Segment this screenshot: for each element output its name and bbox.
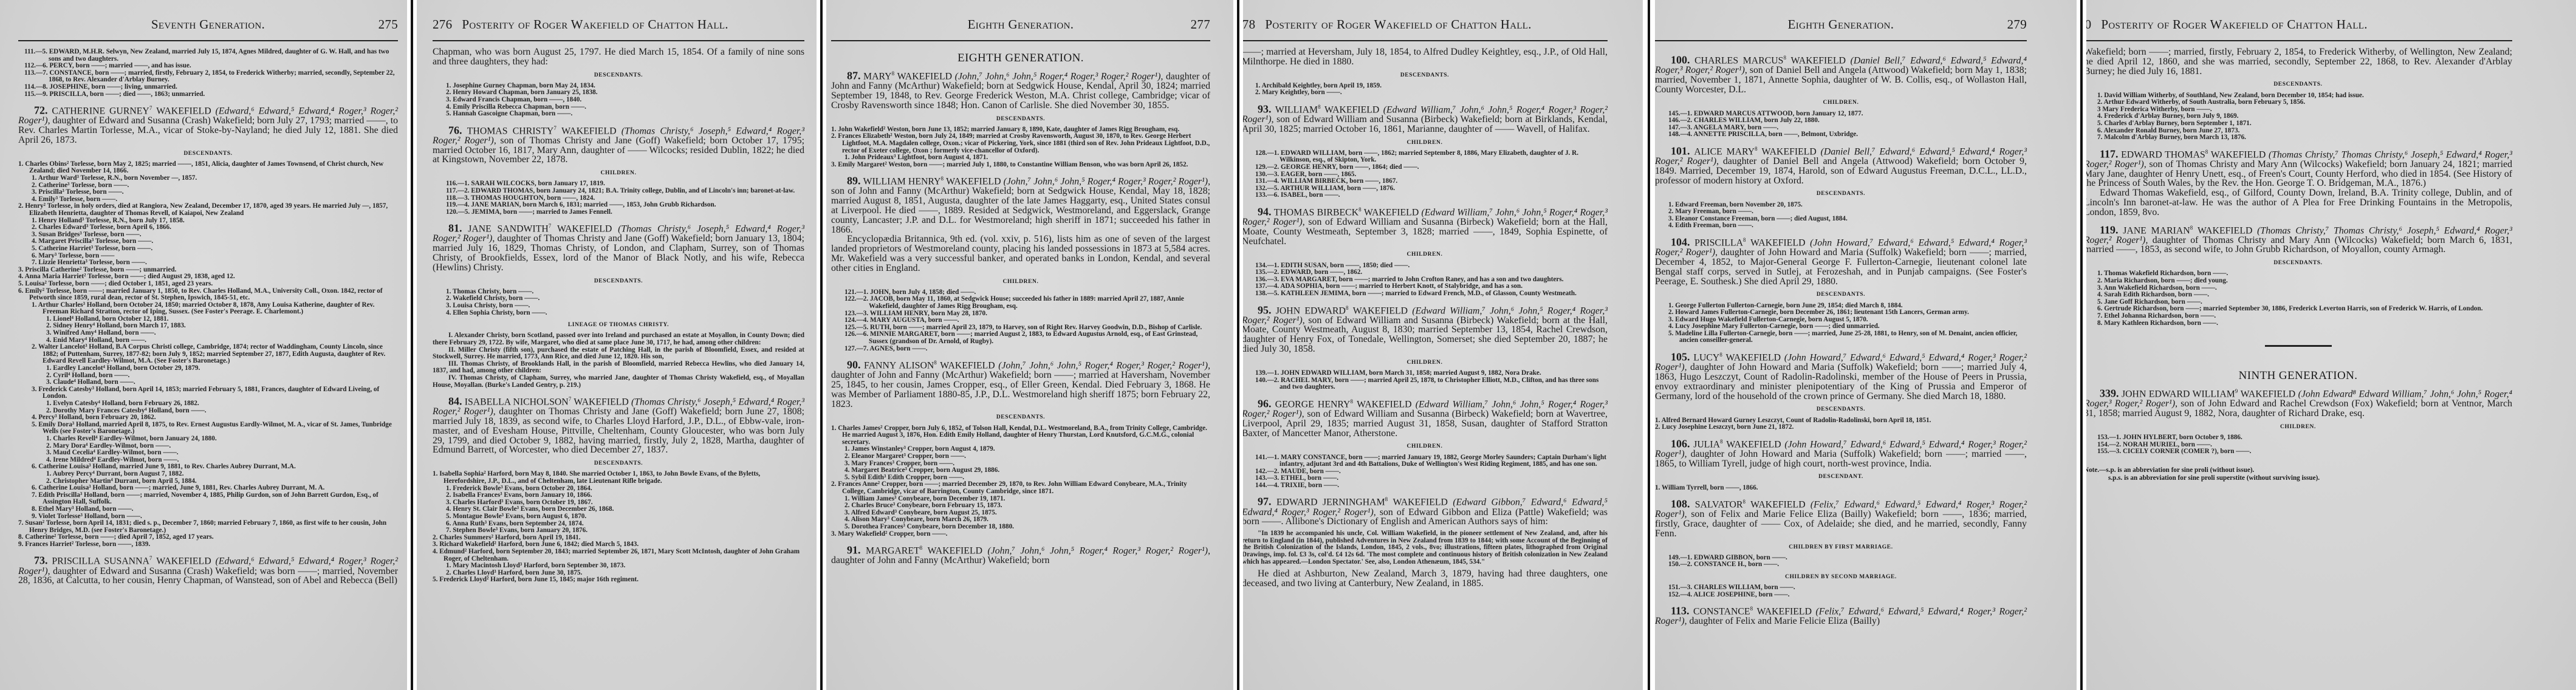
page-number: 279 xyxy=(2007,17,2027,32)
entry-text: , daughter of Felix and Marie Felicie El… xyxy=(1685,616,1880,626)
descendant-entry: 9. Frances Harriet² Torlesse, born ——, 1… xyxy=(18,541,398,548)
descendant-entry: 1. Charles Obins² Torlesse, born May 2, … xyxy=(18,161,398,175)
entry-text: , daughter of Edward and Susanna (Crash)… xyxy=(18,115,398,145)
footnote-line: Note.—s.p. is an abbreviation for sine p… xyxy=(2084,466,2512,474)
children-list: 121.—1. JOHN, born July 4, 1858; died ——… xyxy=(831,289,1210,352)
entry-surname: WAKEFIELD xyxy=(1791,55,1846,66)
entry-surname: WAKEFIELD xyxy=(2211,149,2266,160)
footnote-line: s.p.s. is an abbreviation for sine proli… xyxy=(2084,474,2512,482)
generation-superscript: 8 xyxy=(1743,237,1746,243)
descendant-entry: 8. Mary Kathleen Richardson, born ——. xyxy=(2097,320,2512,327)
genealogy-entry: 113. CONSTANCE8 WAKEFIELD (Felix,⁷ Edwar… xyxy=(1655,604,2027,626)
descendant-entry: 2. Walter Lancelot³ Holland, B.A Corpus … xyxy=(32,344,398,365)
section-heading: DESCENDANTS. xyxy=(433,70,804,80)
header-rule xyxy=(1242,40,1608,41)
entry-name: CHARLES MARCUS xyxy=(1694,55,1783,66)
descendant-entry: 1. Isabella Sophia² Harford, born May 8,… xyxy=(433,471,804,485)
generation-superscript: 8 xyxy=(1720,439,1723,445)
children-list: 128.—1. EDWARD WILLIAM, born ——, 1862; m… xyxy=(1242,150,1608,199)
entry-name: PRISCILLA xyxy=(1694,237,1743,248)
entry-text: , daughter of Edward and Susanna (Crash)… xyxy=(18,566,398,586)
entry-number: 97. xyxy=(1258,496,1272,508)
generation-superscript: 8 xyxy=(892,70,895,77)
descendant-entry: 2. Eleanor Margaret³ Cropper, born ——. xyxy=(844,453,1210,460)
genealogy-entry: 95. JOHN EDWARD8 WAKEFIELD (Edward Willi… xyxy=(1242,304,1608,354)
entry-surname: WAKEFIELD xyxy=(928,545,982,556)
entry-name: ALICE MARY xyxy=(1694,146,1755,157)
descendant-entry: 5. Montague Bowle³ Evans, born August 6,… xyxy=(446,513,804,521)
child-entry: 148.—4. ANNETTE PRISCILLA, born ——, Belm… xyxy=(1655,131,2027,138)
generation-superscript: 8 xyxy=(1719,352,1722,358)
section-heading: CHILDREN. xyxy=(1655,98,2027,108)
running-head-title: Seventh Generation. xyxy=(151,17,265,32)
generation-superscript: 7 xyxy=(149,555,152,561)
descendants-list: 1. William Tyrrell, born ——, 1866. xyxy=(1655,485,2027,492)
generation-superscript: 8 xyxy=(934,360,937,366)
genealogy-entry: 108. SALVATOR8 WAKEFIELD (Felix,⁷ Edward… xyxy=(1655,497,2027,538)
paragraph: Encyclopædia Britannica, 9th ed. (vol. x… xyxy=(831,234,1210,273)
page-body: EIGHTH GENERATION.87. MARY8 WAKEFIELD (J… xyxy=(831,47,1210,565)
entry-surname: WAKEFIELD xyxy=(1757,607,1812,617)
running-head: 276Posterity of Roger Wakefield of Chatt… xyxy=(433,17,728,32)
section-heading: DESCENDANTS. xyxy=(1655,189,2027,199)
child-entry: 122.—2. JACOB, born May 11, 1860, at Sed… xyxy=(831,296,1210,310)
entry-name: MARY xyxy=(863,71,892,81)
quotation: "In 1839 he accompanied his uncle, Col. … xyxy=(1242,530,1608,565)
running-head-title: Posterity of Roger Wakefield of Chatton … xyxy=(462,17,728,32)
descendant-entry: 1. Evelyn Catesby⁴ Holland, born Februar… xyxy=(46,400,398,408)
entry-surname: WAKEFIELD xyxy=(1761,146,1816,157)
genealogy-entry: 119. JANE MARIAN8 WAKEFIELD (Thomas Chri… xyxy=(2084,224,2512,255)
descendant-entry: 3. Maud Cecelia⁴ Eardley-Wilmot, born ——… xyxy=(46,449,398,457)
generation-superscript: 8 xyxy=(2205,149,2208,155)
descendant-entry: 1. Eardley Lancelot⁴ Holland, born Octob… xyxy=(46,365,398,372)
entry-name: JULIA xyxy=(1693,439,1720,449)
descendant-entry: 1. Arthur Ward³ Torlesse, R.N., born Nov… xyxy=(32,175,398,182)
page-number: 277 xyxy=(1191,17,1210,32)
section-heading: DESCENDANTS. xyxy=(433,459,804,468)
paragraph: Chapman, who was born August 25, 1797. H… xyxy=(433,47,804,67)
child-entry: 144.—4. TRIXIE, born ——. xyxy=(1242,482,1608,490)
descendant-entry: 3. Louisa Christy, born ——. xyxy=(446,302,804,310)
entry-name: CONSTANCE xyxy=(1693,607,1750,617)
entry-surname: WAKEFIELD xyxy=(156,556,211,567)
generation-superscript: 8 xyxy=(1385,496,1388,502)
child-entry: 150.—2. CONSTANCE H., born ——. xyxy=(1655,561,2027,569)
book-page: 278Posterity of Roger Wakefield of Chatt… xyxy=(1242,0,1643,690)
children-list: 134.—1. EDITH SUSAN, born ——, 1850; died… xyxy=(1242,262,1608,298)
generation-superscript: 8 xyxy=(1742,499,1745,505)
descendant-entry: 1. William Tyrrell, born ——, 1866. xyxy=(1655,485,2027,492)
descendant-entry: 7. Ethel Johanna Richardson, born ——. xyxy=(2097,313,2512,320)
descendant-entry: 4. Ellen Sophia Christy, born ——. xyxy=(446,310,804,317)
entry-surname: WAKEFIELD xyxy=(2197,225,2252,236)
page-body: ——; married at Heversham, July 18, 1854,… xyxy=(1242,47,1608,589)
generation-superscript: 8 xyxy=(1350,398,1353,405)
entry-number: 84. xyxy=(448,395,462,407)
descendant-entry: 2. Mary Keightley, born ——. xyxy=(1255,89,1608,97)
genealogy-entry: 339. JOHN EDWARD WILLIAM9 WAKEFIELD (Joh… xyxy=(2084,387,2512,418)
descendant-entry: 3. Mary Wakefield² Cropper, born ——. xyxy=(831,531,1210,538)
running-head: Seventh Generation.275 xyxy=(18,17,398,32)
entry-text: , son of Thomas Christy and Mary Ann (Wi… xyxy=(2084,159,2512,189)
entry-number: 91. xyxy=(847,544,861,556)
section-heading: DESCENDANTS. xyxy=(2084,80,2512,89)
entry-name: CATHERINE GURNEY xyxy=(52,106,149,116)
entry-surname: WAKEFIELD xyxy=(574,397,628,407)
entry-name: ISABELLA NICHOLSON xyxy=(465,397,569,407)
entry-number: 95. xyxy=(1258,304,1272,316)
header-rule xyxy=(831,40,1210,41)
child-entry: 113.—7. CONSTANCE, born ——; married, fir… xyxy=(18,70,398,84)
entry-number: 101. xyxy=(1671,145,1690,157)
section-heading: DESCENDANTS. xyxy=(2084,258,2512,268)
entry-name: EDWARD THOMAS xyxy=(2121,149,2205,160)
descendant-entry: 5. Emily Dora³ Holland, married April 8,… xyxy=(32,422,398,436)
child-entry: 117.—2. EDWARD THOMAS, born January 24, … xyxy=(433,188,804,195)
section-heading: DESCENDANTS. xyxy=(433,276,804,286)
entry-number: 89. xyxy=(847,175,861,187)
genealogy-entry: 96. GEORGE HENRY8 WAKEFIELD (Edward Will… xyxy=(1242,397,1608,438)
descendant-entry: 1. Arthur Charles³ Holland, born October… xyxy=(32,302,398,316)
child-entry: 126.—6. MINNIE MARGARET, born ——; marrie… xyxy=(831,331,1210,345)
entry-surname: WAKEFIELD xyxy=(557,224,612,234)
entry-name: FANNY ALISON xyxy=(864,360,934,371)
generation-superscript: 8 xyxy=(920,545,923,551)
footnote: Note.—s.p. is an abbreviation for sine p… xyxy=(2084,466,2512,482)
descendant-entry: 3. Emily Margaret² Weston, born ——; marr… xyxy=(831,162,1210,169)
genealogy-entry: 89. WILLIAM HENRY8 WAKEFIELD (John,⁷ Joh… xyxy=(831,174,1210,234)
entry-name: THOMAS BIRBECK xyxy=(1274,207,1358,217)
descendant-entry: 2. Frances Elizabeth² Weston, born July … xyxy=(831,133,1210,154)
page-separator xyxy=(411,0,413,690)
entry-surname: WAKEFIELD xyxy=(897,71,952,81)
genealogy-entry: 106. JULIA8 WAKEFIELD (John Howard,⁷ Edw… xyxy=(1655,437,2027,469)
section-heading: CHILDREN BY FIRST MARRIAGE. xyxy=(1655,542,2027,552)
genealogy-entry: 104. PRISCILLA8 WAKEFIELD (John Howard,⁷… xyxy=(1655,236,2027,286)
child-entry: 114.—8. JOSEPHINE, born ——; living, unma… xyxy=(18,84,398,91)
paragraph: Edward Thomas Wakefield, esq., of Gilfor… xyxy=(2084,188,2512,217)
entry-surname: WAKEFIELD xyxy=(1353,306,1408,316)
descendant-entry: 2. Frances Anne² Cropper, born ——; marri… xyxy=(831,481,1210,495)
descendants-list: 1. Alfred Bernard Howard Gurney Leszczyt… xyxy=(1655,417,2027,431)
entry-name: JOHN EDWARD xyxy=(1276,306,1346,316)
descendants-list: 1. John Wakefield² Weston, born June 13,… xyxy=(831,126,1210,169)
genealogy-entry: 117. EDWARD THOMAS8 WAKEFIELD (Thomas Ch… xyxy=(2084,148,2512,188)
descendant-entry: 4. Edmund² Harford, born September 20, 1… xyxy=(433,548,804,562)
child-entry: 133.—6. ISABEL, born ——. xyxy=(1242,192,1608,199)
entry-name: EDWARD JERNINGHAM xyxy=(1276,497,1385,508)
page-number: 275 xyxy=(379,17,398,32)
descendant-entry: 8. Ethel Mary³ Holland, born ——. xyxy=(32,506,398,513)
entry-number: 117. xyxy=(2100,148,2119,160)
entry-name: JANE MARIAN xyxy=(2123,225,2190,236)
entry-surname: WAKEFIELD xyxy=(2241,389,2295,400)
entry-surname: WAKEFIELD xyxy=(1750,499,1805,510)
descendant-entry: 4. Edith Freeman, born ——. xyxy=(1668,222,2027,230)
running-head-title: Posterity of Roger Wakefield of Chatton … xyxy=(1265,17,1531,32)
genealogy-entry: 72. CATHERINE GURNEY7 WAKEFIELD (Edward,… xyxy=(18,104,398,145)
page-body: Chapman, who was born August 25, 1797. H… xyxy=(433,47,804,586)
section-heading: DESCENDANTS. xyxy=(1242,70,1608,80)
genealogy-entry: 73. PRISCILLA SUSANNA7 WAKEFIELD (Edward… xyxy=(18,554,398,586)
genealogy-entry: 84. ISABELLA NICHOLSON7 WAKEFIELD (Thoma… xyxy=(433,395,804,455)
child-entry: 139.—1. JOHN EDWARD WILLIAM, born March … xyxy=(1242,370,1608,377)
descendant-entry: 7. Edith Priscilla³ Holland, born ——; ma… xyxy=(32,492,398,506)
generation-superscript: 8 xyxy=(1346,305,1349,311)
descendant-entry: 5. Catherine Harriet³ Torlesse, born ——. xyxy=(32,245,398,253)
page-separator xyxy=(1237,0,1239,690)
child-entry: 128.—1. EDWARD WILLIAM, born ——, 1862; m… xyxy=(1242,150,1608,164)
descendant-entry: 2. Charles Edward³ Torlesse, born April … xyxy=(32,224,398,231)
genealogy-entry: 81. JANE SANDWITH7 WAKEFIELD (Thomas Chr… xyxy=(433,222,804,272)
section-divider xyxy=(2265,345,2332,347)
descendant-entry: 7. Lizzie Henrietta³ Torlesse, born ——. xyxy=(32,259,398,267)
child-entry: 138.—5. KATHLEEN JEMIMA, born ——; marrie… xyxy=(1242,290,1608,298)
generation-superscript: 8 xyxy=(2190,225,2193,231)
descendant-entry: 3. Frederick Catesby³ Holland, born Apri… xyxy=(32,386,398,400)
section-heading: CHILDREN. xyxy=(1242,250,1608,259)
children-list: 141.—1. MARY CONSTANCE, born ——; married… xyxy=(1242,454,1608,490)
paragraph: ——; married at Heversham, July 18, 1854,… xyxy=(1242,47,1608,67)
genealogy-entry: 76. THOMAS CHRISTY7 WAKEFIELD (Thomas Ch… xyxy=(433,124,804,165)
entry-name: WILLIAM xyxy=(1275,104,1318,115)
entry-number: 339. xyxy=(2100,388,2119,400)
entry-surname: WAKEFIELD xyxy=(1726,352,1781,363)
genealogy-entry: 91. MARGARET8 WAKEFIELD (John,⁷ John,⁶ J… xyxy=(831,544,1210,565)
section-heading: CHILDREN. xyxy=(1242,138,1608,148)
descendant-entry: 2. Howard James Fullerton-Carnegie, born… xyxy=(1668,309,2027,316)
section-heading: DESCENDANT. xyxy=(1655,472,2027,482)
descendant-entry: 2. Maria Richardson, born ——; died young… xyxy=(2097,278,2512,285)
entry-number: 72. xyxy=(34,104,48,116)
descendant-entry: 5. Frederick Lloyd² Harford, born June 1… xyxy=(433,576,804,584)
entry-number: 104. xyxy=(1671,236,1690,248)
generation-superscript: 7 xyxy=(549,223,552,229)
genealogy-entry: 87. MARY8 WAKEFIELD (John,⁷ John,⁶ John,… xyxy=(831,69,1210,110)
entry-name: JANE SANDWITH xyxy=(468,224,549,234)
entry-surname: WAKEFIELD xyxy=(1750,237,1805,248)
entry-number: 93. xyxy=(1258,103,1272,115)
entry-number: 96. xyxy=(1258,397,1272,409)
book-page: Eighth Generation.277EIGHTH GENERATION.8… xyxy=(826,0,1235,690)
entry-number: 100. xyxy=(1671,53,1690,66)
children-list: 116.—1. SARAH WILCOCKS, born January 17,… xyxy=(433,180,804,216)
page-number: 278 xyxy=(1242,17,1255,32)
descendants-list: 1. Isabella Sophia² Harford, born May 8,… xyxy=(433,471,804,584)
lineage-paragraph: I. Alexander Christy, born Scotland, pas… xyxy=(433,332,804,346)
descendants-list: 1. Josephine Gurney Chapman, born May 24… xyxy=(433,83,804,118)
children-list: 149.—1. EDWARD GIBBON, born ——.150.—2. C… xyxy=(1655,555,2027,569)
entry-number: 113. xyxy=(1671,605,1690,617)
section-heading: CHILDREN. xyxy=(1242,442,1608,451)
entry-surname: WAKEFIELD xyxy=(940,360,995,371)
section-heading: CHILDREN. xyxy=(2084,422,2512,432)
section-heading: CHILDREN. xyxy=(433,168,804,178)
entry-name: SALVATOR xyxy=(1695,499,1743,510)
genealogy-entry: 101. ALICE MARY8 WAKEFIELD (Daniel Bell,… xyxy=(1655,145,2027,185)
entry-name: THOMAS CHRISTY xyxy=(467,126,554,136)
descendants-list: 1. David William Witherby, of Southland,… xyxy=(2084,92,2512,142)
running-head-title: Eighth Generation. xyxy=(968,17,1074,32)
page-separator xyxy=(2080,0,2083,690)
descendant-entry: 1. Mary Macintosh Lloyd³ Harford, born S… xyxy=(446,562,804,570)
entry-lineage: (John,⁷ John,⁶ John,⁵ Roger,⁴ Roger,³ Ro… xyxy=(955,71,1161,81)
entry-lineage: (John,⁷ John,⁶ John,⁵ Roger,⁴ Roger,³ Ro… xyxy=(998,360,1208,371)
entry-surname: WAKEFIELD xyxy=(561,126,616,136)
entry-number: 108. xyxy=(1671,497,1690,510)
descendant-entry: 7. Malcolm d'Arblay Burney, born March 1… xyxy=(2097,134,2512,142)
descendant-entry: 2. Henry² Torlesse, in holy orders, died… xyxy=(18,203,398,217)
generation-title: EIGHTH GENERATION. xyxy=(831,53,1210,63)
section-heading: DESCENDANTS. xyxy=(18,149,398,159)
genealogy-entry: 90. FANNY ALISON8 WAKEFIELD (John,⁷ John… xyxy=(831,358,1210,409)
generation-superscript: 8 xyxy=(940,176,944,182)
entry-lineage: (John,⁷ John,⁶ John,⁵ Roger,⁴ Roger,³ Ro… xyxy=(1004,177,1208,187)
entry-surname: WAKEFIELD xyxy=(1364,207,1419,217)
generation-superscript: 7 xyxy=(569,396,572,402)
entry-number: 76. xyxy=(448,124,462,136)
children-list: 153.—1. JOHN HYLBERT, born October 9, 18… xyxy=(2084,434,2512,456)
descendant-entry: 1. Aubrey Percy⁴ Durrant, born August 7,… xyxy=(46,471,398,478)
lineage-paragraph: IV. Thomas Christy, of Clapham, Surrey, … xyxy=(433,375,804,389)
entry-name: MARGARET xyxy=(866,545,920,556)
genealogy-entry: 97. EDWARD JERNINGHAM8 WAKEFIELD (Edward… xyxy=(1242,495,1608,527)
genealogy-entry: 105. LUCY8 WAKEFIELD (John Howard,⁷ Edwa… xyxy=(1655,350,2027,401)
generation-superscript: 8 xyxy=(1755,146,1758,152)
entry-lineage: (John,⁷ John,⁶ John,⁵ Roger,⁴ Roger,³ Ro… xyxy=(988,545,1208,556)
running-head: Eighth Generation.277 xyxy=(831,17,1210,32)
header-rule xyxy=(18,40,398,41)
child-entry: 129.—2. GEORGE HENRY, born ——, 1864; die… xyxy=(1242,164,1608,171)
descendant-entry: 5. Charles d'Arblay Burney, born Septemb… xyxy=(2097,120,2512,128)
descendants-list: 1. George Fullerton Fullerton-Carnegie, … xyxy=(1655,302,2027,345)
book-page: 276Posterity of Roger Wakefield of Chatt… xyxy=(416,0,819,690)
entry-surname: WAKEFIELD xyxy=(1393,497,1448,508)
descendant-entry: 7. Susan² Torlesse, born April 14, 1831;… xyxy=(18,520,398,534)
generation-superscript: 8 xyxy=(1318,104,1321,110)
child-entry: 141.—1. MARY CONSTANCE, born ——; married… xyxy=(1242,454,1608,468)
page-separator xyxy=(1648,0,1650,690)
header-rule xyxy=(1655,40,2027,41)
paragraph: He died at Ashburton, New Zealand, March… xyxy=(1242,569,1608,589)
header-rule xyxy=(433,40,804,41)
descendant-entry: 5. Louisa² Torlesse, born ——; died Octob… xyxy=(18,281,398,288)
entry-surname: WAKEFIELD xyxy=(946,177,1001,187)
descendant-entry: 6. Emily² Torlesse, born ——; married Jan… xyxy=(18,288,398,302)
entry-number: 87. xyxy=(847,69,861,81)
descendant-entry: 3. Winifred Amy⁴ Holland, born ——. xyxy=(46,330,398,337)
entry-text: , daughter of Thomas Christy and Mary An… xyxy=(2084,235,2512,255)
running-head-title: Eighth Generation. xyxy=(1788,17,1894,32)
entry-number: 90. xyxy=(847,358,861,371)
lineage-paragraph: II. Miller Christy (fifth son), purchase… xyxy=(433,347,804,361)
entry-surname: WAKEFIELD xyxy=(156,106,211,116)
generation-superscript: 9 xyxy=(2235,388,2238,394)
entry-surname: WAKEFIELD xyxy=(1726,439,1781,449)
section-heading: CHILDREN. xyxy=(1242,358,1608,367)
descendant-entry: 2. Lucy Josephine Leszczyt, born June 21… xyxy=(1655,424,2027,431)
genealogy-entry: 94. THOMAS BIRBECK8 WAKEFIELD (Edward Wi… xyxy=(1242,205,1608,246)
page-body: 111.—5. EDWARD, M.H.R. Selwyn, New Zeala… xyxy=(18,47,398,586)
children-list: 139.—1. JOHN EDWARD WILLIAM, born March … xyxy=(1242,370,1608,391)
paragraph: Wakefield; born ——; married, firstly, Fe… xyxy=(2084,47,2512,76)
page-separator xyxy=(820,0,823,690)
genealogy-entry: 93. WILLIAM8 WAKEFIELD (Edward William,⁷… xyxy=(1242,103,1608,134)
section-heading: DESCENDANTS. xyxy=(1655,290,2027,299)
descendants-list: 1. Charles Obins² Torlesse, born May 2, … xyxy=(18,161,398,548)
entry-name: GEORGE HENRY xyxy=(1275,399,1351,409)
descendant-entry: 5. Hannah Gascoigne Chapman, born ——. xyxy=(446,111,804,118)
header-rule xyxy=(2084,40,2512,41)
child-entry: 120.—5. JEMIMA, born ——; married to Jame… xyxy=(433,209,804,216)
entry-name: LUCY xyxy=(1693,352,1719,363)
descendant-entry: 5. Madeline Lilla Fullerton-Carnegie, bo… xyxy=(1668,330,2027,344)
child-entry: 115.—9. PRISCILLA, born ——; died ——, 186… xyxy=(18,91,398,98)
entry-number: 73. xyxy=(34,555,48,567)
lineage-paragraph: III. Thomas Christy, of Brooklands Hall,… xyxy=(433,361,804,375)
descendants-list: 1. Thomas Wakefield Richardson, born ——.… xyxy=(2084,270,2512,327)
entry-number: 81. xyxy=(448,222,462,234)
descendants-list: 1. Charles James² Cropper, born July 6, … xyxy=(831,425,1210,538)
entry-number: 105. xyxy=(1671,350,1690,363)
descendant-entry: 3. Edward Francis Chapman, born ——, 1840… xyxy=(446,97,804,104)
child-entry: 111.—5. EDWARD, M.H.R. Selwyn, New Zeala… xyxy=(18,49,398,63)
book-page: 280Posterity of Roger Wakefield of Chatt… xyxy=(2084,0,2576,690)
entry-name: PRISCILLA SUSANNA xyxy=(52,556,149,567)
entry-number: 94. xyxy=(1258,205,1272,217)
generation-superscript: 8 xyxy=(1750,606,1753,612)
entry-name: JOHN EDWARD WILLIAM xyxy=(2122,389,2235,400)
book-page: Seventh Generation.275111.—5. EDWARD, M.… xyxy=(0,0,408,690)
child-entry: 140.—2. RACHEL MARY, born ——; married Ap… xyxy=(1242,377,1608,391)
descendant-entry: 1. Charles Revell⁴ Eardley-Wilmot, born … xyxy=(46,436,398,443)
entry-text: , daughter of John Howard and Maria (Suf… xyxy=(1655,362,2027,401)
page-number: 276 xyxy=(433,17,452,32)
section-heading: DESCENDANTS. xyxy=(831,412,1210,422)
lineage-list: I. Alexander Christy, born Scotland, pas… xyxy=(433,332,804,389)
child-entry: 155.—3. CICELY CORNER (COMER ?), born ——… xyxy=(2084,448,2512,456)
generation-superscript: 8 xyxy=(1783,55,1786,61)
generation-title: NINTH GENERATION. xyxy=(2084,371,2512,381)
section-heading: DESCENDANTS. xyxy=(1655,405,2027,414)
running-head: 280Posterity of Roger Wakefield of Chatt… xyxy=(2084,17,2368,32)
section-heading: LINEAGE OF THOMAS CHRISTY. xyxy=(433,320,804,330)
generation-superscript: 8 xyxy=(1358,207,1362,213)
entry-text: , daughter of John Howard and Maria (Suf… xyxy=(1655,449,2027,469)
section-heading: CHILDREN BY SECOND MARRIAGE. xyxy=(1655,572,2027,582)
running-head: 278Posterity of Roger Wakefield of Chatt… xyxy=(1242,17,1532,32)
descendants-list: 1. Edward Freeman, born November 20, 187… xyxy=(1655,202,2027,230)
descendants-list: 1. Archibald Keightley, born April 19, 1… xyxy=(1242,83,1608,97)
children-list: 145.—1. EDWARD MARCUS ATTWOOD, born Janu… xyxy=(1655,111,2027,138)
descendant-entry: 6. Catherine Louisa³ Holland, born ——; m… xyxy=(32,485,398,492)
section-heading: DESCENDANTS. xyxy=(831,114,1210,124)
running-head-title: Posterity of Roger Wakefield of Chatton … xyxy=(2101,17,2367,32)
entry-number: 106. xyxy=(1671,437,1690,449)
descendant-entry: 1. Charles James² Cropper, born July 6, … xyxy=(831,425,1210,446)
entry-surname: WAKEFIELD xyxy=(1357,399,1411,409)
page-body: Wakefield; born ——; married, firstly, Fe… xyxy=(2084,47,2512,482)
children-list: 111.—5. EDWARD, M.H.R. Selwyn, New Zeala… xyxy=(18,49,398,98)
descendant-entry: 5. Dorothea Frances³ Conybeare, born Dec… xyxy=(844,524,1210,531)
running-head: Eighth Generation.279 xyxy=(1655,17,2027,32)
descendants-list: 1. Thomas Christy, born ——.2. Wakefield … xyxy=(433,289,804,316)
entry-surname: WAKEFIELD xyxy=(1324,104,1379,115)
genealogy-entry: 100. CHARLES MARCUS8 WAKEFIELD (Daniel B… xyxy=(1655,53,2027,94)
section-heading: CHILDREN. xyxy=(831,277,1210,287)
child-entry: 152.—4. ALICE JOSEPHINE, born ——. xyxy=(1655,592,2027,599)
